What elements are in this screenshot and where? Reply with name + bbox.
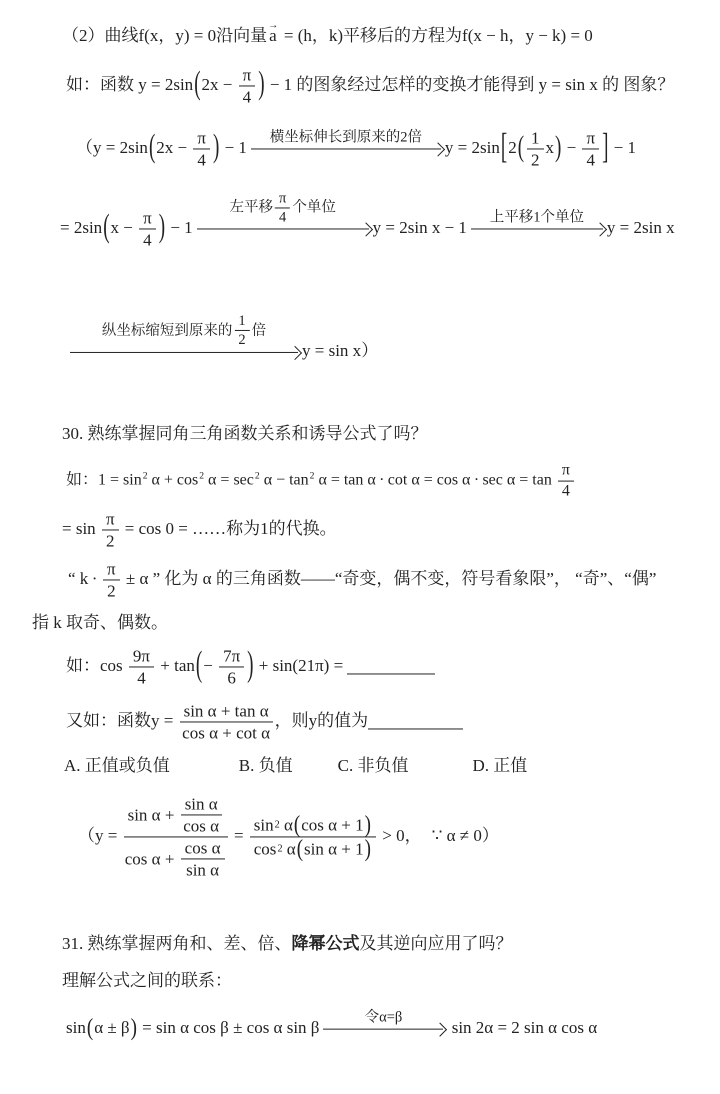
- stretchy-paren: (: [87, 1014, 93, 1045]
- math-text: = sin: [62, 519, 100, 538]
- denominator: cos2 α(sin α + 1): [254, 838, 372, 860]
- text: A. 正值或负值: [64, 756, 170, 775]
- denominator: 4: [587, 150, 596, 170]
- spacer: [408, 770, 472, 771]
- numerator: π: [193, 128, 210, 149]
- step-horizontal-stretch: （y = 2sin(2x − π4) − 1横坐标伸长到原来的2倍y = 2si…: [76, 128, 636, 169]
- stretchy-paren: (: [149, 128, 155, 170]
- arrow-label: 左平移π4个单位: [229, 190, 335, 225]
- solution-derivation: （y = sin α + sin αcos αcos α + cos αsin …: [78, 794, 499, 879]
- denominator: 4: [137, 668, 146, 688]
- example-evaluate-function: 又如：函数y = sin α + tan αcos α + cot α，则y的值…: [66, 701, 463, 742]
- arrow-label: 令α=β: [365, 1009, 403, 1025]
- induction-formula-mnemonic: “ k ∙ π2 ± α ” 化为 α 的三角函数——“奇变，偶不变，符号看象限…: [68, 559, 656, 600]
- text: 的 图象？: [598, 75, 675, 94]
- numerator: π: [102, 509, 119, 530]
- math-text: cos: [100, 656, 127, 675]
- labeled-arrow-right: 左平移π4个单位: [197, 229, 369, 230]
- numerator: 1: [527, 128, 544, 149]
- arrow-label: 上平移1个单位: [490, 209, 584, 225]
- math-text: cos α + 1: [301, 815, 363, 834]
- text: 及其逆向应用了吗？: [360, 934, 513, 953]
- math-text: y: [309, 711, 318, 730]
- text: 31. 熟练掌握两角和、差、倍、: [62, 934, 292, 953]
- vector-arrow-icon: →: [268, 19, 278, 32]
- math-text: sin 2α = 2 sin α cos α: [447, 1018, 597, 1037]
- fraction: sin α + tan αcos α + cot α: [180, 701, 273, 742]
- math-text: α: [283, 840, 296, 859]
- math-text: f(x，y) = 0: [139, 26, 217, 45]
- numerator: sin α + tan α: [180, 701, 273, 722]
- fraction: π2: [103, 559, 120, 600]
- bold-text: 降幂公式: [292, 934, 360, 953]
- rule-curve-vector-translation: （2）曲线f(x，y) = 0沿向量a→ = (h，k)平移后的方程为f(x −…: [62, 25, 593, 47]
- math-text: α=β: [379, 1009, 402, 1025]
- fraction: cos αsin α: [181, 839, 225, 880]
- math-text: y = 2sin: [445, 138, 500, 157]
- math-text: α = sec: [204, 472, 254, 489]
- numerator: π: [139, 208, 156, 229]
- text: 如：函数: [66, 75, 138, 94]
- text: 如：: [66, 472, 98, 489]
- math-text: sin: [66, 1018, 86, 1037]
- example-evaluate-expression: 如：cos 9π4 + tan(− 7π6) + sin(21π) =: [66, 646, 435, 687]
- math-text: + sin(21π) =: [255, 656, 348, 675]
- math-text: y = 2sin: [93, 138, 148, 157]
- math-text: − 1: [166, 218, 193, 237]
- numerator: 7π: [219, 646, 244, 667]
- denominator: 4: [197, 150, 206, 170]
- math-text: α + cos: [148, 472, 199, 489]
- text: 纵坐标缩短到原来的: [102, 323, 233, 339]
- fraction: 12: [234, 313, 249, 348]
- math-text: y = 2sin: [138, 75, 193, 94]
- math-text: y =: [95, 826, 122, 845]
- step-vertical-compress: 纵坐标缩短到原来的12倍y = sin x）: [66, 340, 378, 362]
- fraction: sin α + sin αcos αcos α + cos αsin α: [124, 794, 228, 879]
- spacer: [293, 770, 338, 771]
- text: 的图象经过怎样的变换才能得到: [292, 75, 539, 94]
- text: 左平移: [229, 200, 273, 216]
- stretchy-paren: (: [194, 65, 200, 107]
- spacer: [170, 770, 239, 771]
- math-text: y = 2sin x − 1: [373, 218, 467, 237]
- math-text: cos: [254, 840, 277, 859]
- text: ” 化为 α 的三角函数——“奇变，偶不变，符号看象限”， “奇”、“偶”: [148, 569, 656, 588]
- math-text: y =: [151, 711, 178, 730]
- math-text: cos α +: [125, 850, 179, 869]
- stretchy-paren: (: [196, 643, 202, 690]
- fraction: π4: [139, 208, 156, 249]
- math-text: y = sin x: [302, 341, 361, 360]
- denominator: 2: [106, 531, 115, 551]
- spacer: [422, 840, 432, 841]
- heading-item-30: 30. 熟练掌握同角三角函数关系和诱导公式了吗？: [62, 423, 428, 445]
- text: ……称为1的代换。: [192, 519, 337, 538]
- math-text: sin: [254, 815, 274, 834]
- stretchy-paren: (: [103, 208, 109, 250]
- math-text: ± α: [122, 569, 149, 588]
- text: （: [76, 138, 93, 157]
- math-text: − 1: [609, 138, 636, 157]
- text: （2）曲线: [62, 26, 139, 45]
- math-text: x: [546, 138, 555, 157]
- text: 沿向量: [216, 26, 267, 45]
- math-text: α: [280, 815, 293, 834]
- stretchy-paren: ): [213, 128, 219, 170]
- denominator: 6: [227, 668, 236, 688]
- denominator: cos α + cos αsin α: [125, 838, 227, 880]
- denominator: 4: [143, 230, 152, 250]
- text: 平移后的方程为: [343, 26, 462, 45]
- labeled-arrow-right: 横坐标伸长到原来的2倍: [251, 149, 441, 150]
- denominator: 4: [243, 87, 252, 107]
- text: C. 非负值: [338, 756, 409, 775]
- text: 30. 熟练掌握同角三角函数关系和诱导公式了吗？: [62, 424, 428, 443]
- denominator: cos α + cot α: [182, 723, 270, 743]
- arrow-label: 横坐标伸长到原来的2倍: [270, 129, 422, 145]
- math-text: y = 2sin x: [607, 218, 675, 237]
- text: 令: [365, 1009, 380, 1025]
- stretchy-paren: ): [555, 130, 561, 168]
- math-text: y = sin x: [539, 75, 598, 94]
- fraction: 7π6: [219, 646, 244, 687]
- labeled-arrow-right: 纵坐标缩短到原来的12倍: [70, 352, 298, 353]
- math-text: α ± β: [94, 1018, 129, 1037]
- math-text: =: [230, 826, 248, 845]
- step-left-shift-and-up-shift: = 2sin(x − π4) − 1左平移π4个单位y = 2sin x − 1…: [60, 208, 675, 249]
- math-text: 2x −: [156, 138, 191, 157]
- text: ，则: [275, 711, 309, 730]
- text: ）: [482, 826, 499, 845]
- math-text: −: [562, 138, 580, 157]
- stretchy-paren: (: [297, 835, 303, 863]
- stretchy-paren: ): [159, 208, 165, 250]
- denominator: 2: [107, 581, 116, 601]
- stretchy-paren: ): [131, 1014, 137, 1045]
- heading-item-31: 31. 熟练掌握两角和、差、倍、降幂公式及其逆向应用了吗？: [62, 933, 513, 955]
- fraction: π4: [558, 462, 574, 501]
- numerator: π: [103, 559, 120, 580]
- numerator: 1: [234, 313, 249, 331]
- denominator: 2: [238, 331, 245, 348]
- text: 理解公式之间的联系：: [62, 971, 232, 990]
- text: ）: [361, 341, 378, 360]
- labeled-arrow-right: 令α=β: [323, 1029, 443, 1030]
- text: B. 负值: [239, 756, 293, 775]
- math-text: = 2sin: [60, 218, 102, 237]
- fraction: sin αcos α: [181, 794, 222, 835]
- math-text: f(x − h，y − k) = 0: [462, 26, 593, 45]
- text: ，: [405, 826, 422, 845]
- stretchy-paren: [: [501, 125, 507, 172]
- math-text: + tan: [156, 656, 195, 675]
- text: “: [68, 569, 80, 588]
- fraction: sin2 α(cos α + 1)cos2 α(sin α + 1): [250, 814, 376, 860]
- arrow-label: 纵坐标缩短到原来的12倍: [102, 313, 266, 348]
- numerator: π: [582, 128, 599, 149]
- identity-one-substitution-cont: = sin π2 = cos 0 = ……称为1的代换。: [62, 509, 337, 550]
- text: 的值为: [317, 711, 368, 730]
- multiple-choice-options: A. 正值或负值B. 负值C. 非负值D. 正值: [64, 755, 527, 777]
- text: 个单位: [292, 200, 336, 216]
- math-text: α − tan: [260, 472, 309, 489]
- numerator: 9π: [129, 646, 154, 667]
- math-text: 2x −: [202, 75, 237, 94]
- math-text: x −: [111, 218, 138, 237]
- fraction: π4: [239, 65, 256, 106]
- document-page: （2）曲线f(x，y) = 0沿向量a→ = (h，k)平移后的方程为f(x −…: [0, 0, 720, 1094]
- stretchy-paren: (: [518, 130, 524, 168]
- math-text: sin α +: [128, 805, 179, 824]
- induction-formula-mnemonic-cont: 指 k 取奇、偶数。: [32, 612, 168, 634]
- text: 指 k 取奇、偶数。: [32, 613, 168, 632]
- numerator: π: [558, 462, 574, 482]
- fraction: π4: [275, 190, 290, 225]
- math-text: α = tan α ∙ cot α = cos α ∙ sec α = tan: [314, 472, 555, 489]
- math-text: ∵ α ≠ 0: [432, 826, 482, 845]
- formula-sine-sum-to-double: sin(α ± β) = sin α cos β ± cos α sin β令α…: [66, 1017, 597, 1042]
- denominator: 4: [279, 208, 286, 225]
- math-text: = (h，k): [280, 26, 343, 45]
- fraction: π4: [582, 128, 599, 169]
- text: 又如：函数: [66, 711, 151, 730]
- denominator: cos α: [183, 815, 219, 835]
- math-text: − 1: [266, 75, 293, 94]
- identity-one-substitution: 如：1 = sin2 α + cos2 α = sec2 α − tan2 α …: [66, 462, 576, 501]
- text: （: [78, 826, 95, 845]
- text: 横坐标伸长到原来的2倍: [270, 129, 422, 145]
- math-text: sin α + 1: [304, 840, 364, 859]
- math-text: = sin α cos β ± cos α sin β: [138, 1018, 320, 1037]
- math-text: − 1: [220, 138, 247, 157]
- stretchy-paren: ]: [602, 125, 608, 172]
- example-transform-question: 如：函数 y = 2sin(2x − π4) − 1 的图象经过怎样的变换才能得…: [66, 65, 674, 106]
- denominator: sin α: [186, 860, 219, 880]
- math-text: = cos 0 =: [121, 519, 193, 538]
- stretchy-paren: ): [247, 643, 253, 690]
- numerator: cos α: [181, 839, 225, 860]
- answer-blank: [368, 713, 463, 730]
- numerator: sin2 α(cos α + 1): [250, 814, 376, 837]
- answer-blank: [347, 658, 435, 675]
- math-text: −: [203, 656, 217, 675]
- fraction: π4: [193, 128, 210, 169]
- fraction: 12: [527, 128, 544, 169]
- text: D. 正值: [472, 756, 527, 775]
- numerator: sin α: [181, 794, 222, 815]
- vector-a: a→: [269, 25, 277, 47]
- fraction: 9π4: [129, 646, 154, 687]
- labeled-arrow-right: 上平移1个单位: [471, 229, 603, 230]
- denominator: 4: [562, 482, 570, 501]
- numerator: π: [239, 65, 256, 86]
- stretchy-paren: ): [258, 65, 264, 107]
- math-text: k ∙: [80, 569, 101, 588]
- numerator: sin α + sin αcos α: [124, 794, 228, 837]
- text: 倍: [252, 323, 267, 339]
- math-text: 1 = sin: [98, 472, 142, 489]
- denominator: 2: [531, 150, 540, 170]
- math-text: > 0: [378, 826, 405, 845]
- note-formula-relations: 理解公式之间的联系：: [62, 970, 232, 992]
- text: 上平移1个单位: [490, 209, 584, 225]
- numerator: π: [275, 190, 290, 208]
- fraction: π2: [102, 509, 119, 550]
- text: 如：: [66, 656, 100, 675]
- stretchy-paren: ): [365, 835, 371, 863]
- math-text: 2: [508, 138, 517, 157]
